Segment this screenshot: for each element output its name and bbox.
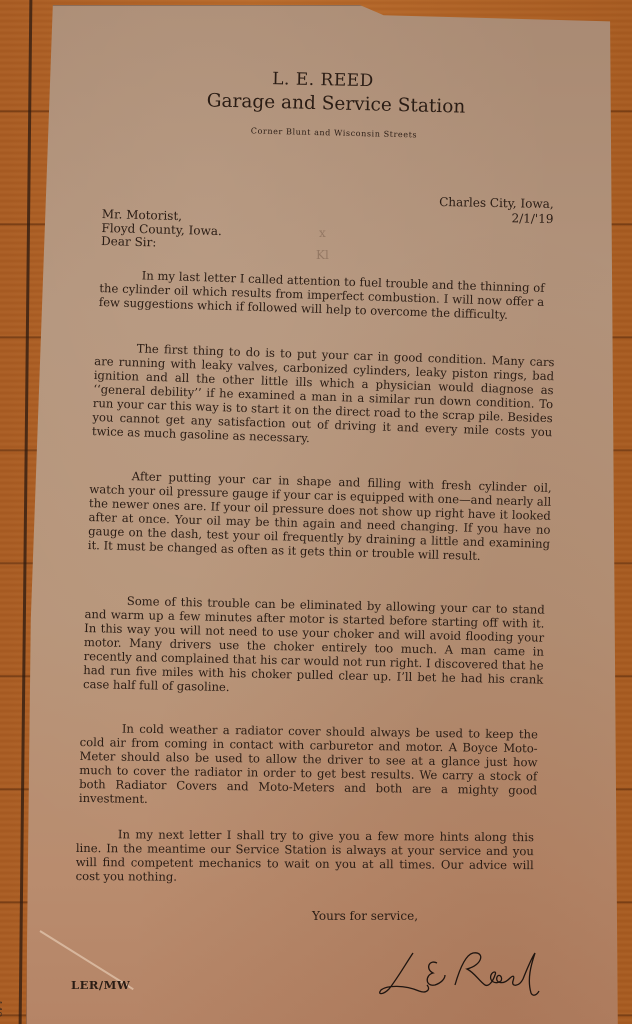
- recipient-block: Mr. Motorist, Floyd County, Iowa. Dear S…: [101, 208, 222, 252]
- signature-icon: L E Reed: [375, 945, 550, 1003]
- margin-mark: 149: [0, 1000, 2, 1017]
- closing: Yours for service,: [312, 909, 418, 923]
- reference-initials: LER/MW: [71, 978, 130, 992]
- paragraph-4: Some of this trouble can be eliminated b…: [83, 593, 545, 701]
- paragraph-5: In cold weather a radiator cover should …: [79, 721, 538, 811]
- paragraph-6: In my next letter I shall try to give yo…: [76, 827, 534, 886]
- place-date: Charles City, Iowa, 2/1/'19: [439, 195, 554, 227]
- faint-stamp: x Kl: [316, 222, 329, 266]
- faint-stamp-line-2: Kl: [316, 244, 329, 266]
- paragraph-1: In my last letter I called attention to …: [99, 267, 545, 323]
- faint-stamp-line-1: x: [316, 222, 329, 244]
- letterhead-address: Corner Blunt and Wisconsin Streets: [0, 120, 632, 144]
- date-line: 2/1/'19: [439, 210, 554, 227]
- letter: L. E. REED Garage and Service Station Co…: [0, 0, 632, 1024]
- place-line: Charles City, Iowa,: [439, 195, 554, 212]
- paragraph-2: The first thing to do is to put your car…: [92, 340, 555, 453]
- paragraph-3: After putting your car in shape and fill…: [88, 468, 552, 565]
